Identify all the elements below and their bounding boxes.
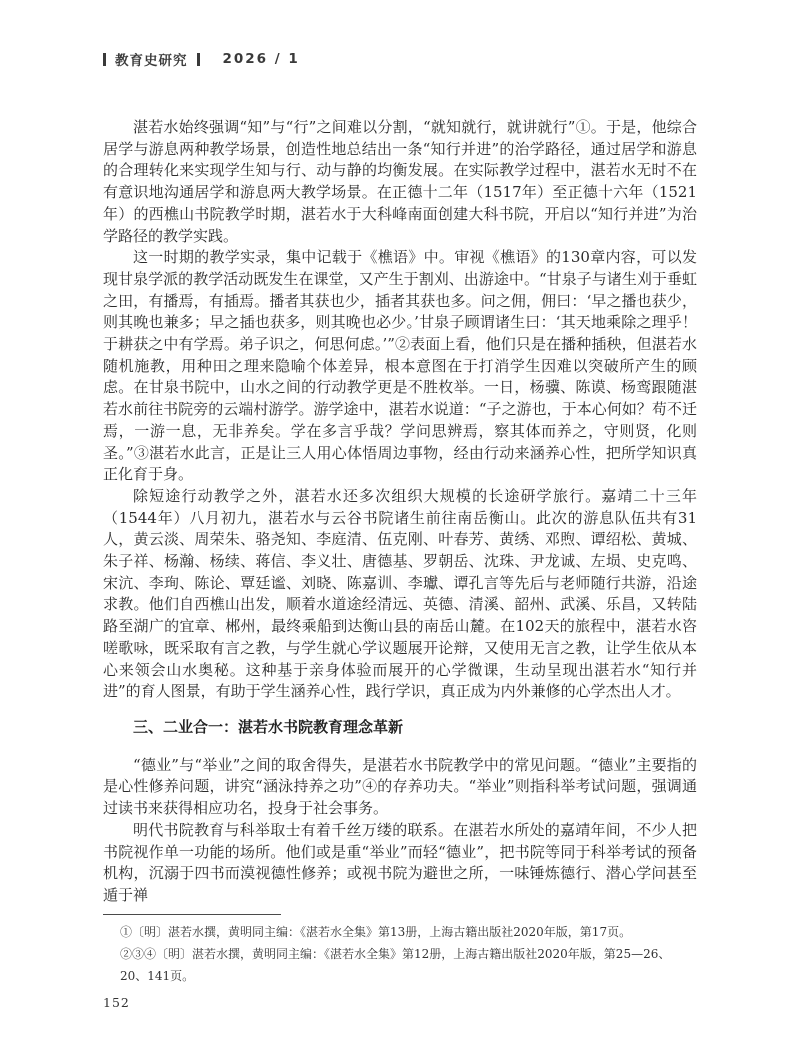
journal-title: 教育史研究 — [115, 49, 188, 69]
section-heading: 三、二业合一：湛若水书院教育理念革新 — [103, 717, 697, 739]
footnote: ①〔明〕湛若水撰，黄明同主编：《湛若水全集》第13册，上海古籍出版社2020年版… — [120, 921, 697, 943]
body-paragraph: 除短途行动教学之外，湛若水还多次组织大规模的长途研学旅行。嘉靖二十三年（1544… — [103, 486, 697, 703]
page-number: 152 — [103, 995, 130, 1010]
issue-label: 2026 / 1 — [223, 51, 300, 67]
body-paragraph: “德业”与“举业”之间的取舍得失，是湛若水书院教学中的常见问题。“德业”主要指的… — [103, 755, 697, 820]
footnotes: ①〔明〕湛若水撰，黄明同主编：《湛若水全集》第13册，上海古籍出版社2020年版… — [103, 921, 697, 987]
body-paragraph: 这一时期的教学实录，集中记载于《樵语》中。审视《樵语》的130章内容，可以发现甘… — [103, 247, 697, 486]
footnote: ②③④〔明〕湛若水撰，黄明同主编：《湛若水全集》第12册，上海古籍出版社2020… — [120, 943, 697, 987]
body-paragraph: 明代书院教育与科举取士有着千丝万缕的联系。在湛若水所处的嘉靖年间，不少人把书院视… — [103, 820, 697, 907]
header-divider-bar-icon — [197, 53, 200, 66]
header-divider-bar-icon — [103, 53, 106, 66]
footnote-divider — [103, 914, 281, 915]
body-paragraph: 湛若水始终强调“知”与“行”之间难以分割，“就知就行，就讲就行”①。于是，他综合… — [103, 117, 697, 247]
article-body: 湛若水始终强调“知”与“行”之间难以分割，“就知就行，就讲就行”①。于是，他综合… — [103, 117, 697, 907]
document-page: 教育史研究 2026 / 1 湛若水始终强调“知”与“行”之间难以分割，“就知就… — [0, 0, 800, 1059]
page-header: 教育史研究 2026 / 1 — [103, 49, 300, 69]
